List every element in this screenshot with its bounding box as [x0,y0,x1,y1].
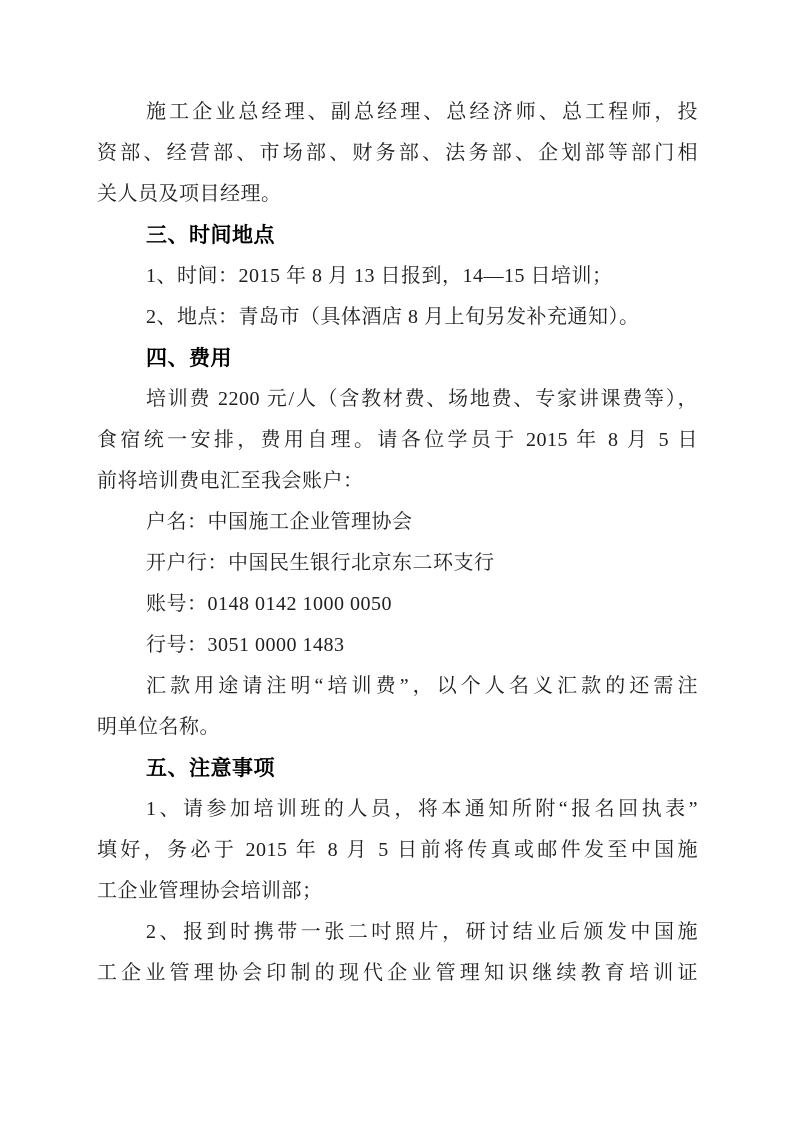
remittance-note-line-2: 明单位名称。 [97,707,698,748]
fee-paragraph-line-3: 前将培训费电汇至我会账户： [97,461,698,502]
note-1-line-1: 1、请参加培训班的人员，将本通知所附“报名回执表” [97,789,698,830]
section-heading-fees: 四、费用 [97,338,698,379]
section-heading-notes: 五、注意事项 [97,748,698,789]
note-1-line-2: 填好，务必于 2015 年 8 月 5 日前将传真或邮件发至中国施 [97,830,698,871]
document-content: 施工企业总经理、副总经理、总经济师、总工程师，投 资部、经营部、市场部、财务部、… [0,0,794,994]
note-1-line-3: 工企业管理协会培训部； [97,871,698,912]
bank-account-name: 户名：中国施工企业管理协会 [97,502,698,543]
fee-paragraph-line-1: 培训费 2200 元/人（含教材费、场地费、专家讲课费等）， [97,379,698,420]
bank-branch: 开户行：中国民生银行北京东二环支行 [97,543,698,584]
remittance-note-line-1: 汇款用途请注明“培训费”，以个人名义汇款的还需注 [97,666,698,707]
audience-paragraph-line-1: 施工企业总经理、副总经理、总经济师、总工程师，投 [97,92,698,133]
document-page: 施工企业总经理、副总经理、总经济师、总工程师，投 资部、经营部、市场部、财务部、… [0,0,794,1123]
fee-paragraph-line-2: 食宿统一安排，费用自理。请各位学员于 2015 年 8 月 5 日 [97,420,698,461]
audience-paragraph-line-2: 资部、经营部、市场部、财务部、法务部、企划部等部门相 [97,133,698,174]
bank-account-number: 账号：0148 0142 1000 0050 [97,584,698,625]
note-2-line-1: 2、报到时携带一张二吋照片，研讨结业后颁发中国施 [97,912,698,953]
section-heading-time-place: 三、时间地点 [97,215,698,256]
note-2-line-2: 工企业管理协会印制的现代企业管理知识继续教育培训证 [97,953,698,994]
audience-paragraph-line-3: 关人员及项目经理。 [97,174,698,215]
item-location: 2、地点：青岛市（具体酒店 8 月上旬另发补充通知）。 [97,297,698,338]
item-time: 1、时间：2015 年 8 月 13 日报到，14—15 日培训； [97,256,698,297]
bank-clearing-number: 行号：3051 0000 1483 [97,625,698,666]
